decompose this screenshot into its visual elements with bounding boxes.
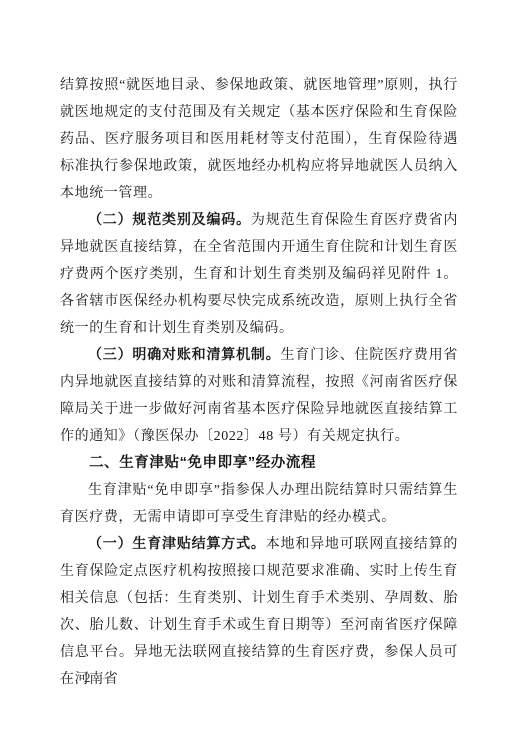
paragraph: 结算按照“就医地目录、参保地政策、就医地管理”原则，执行就医地规定的支付范围及有…	[60, 72, 458, 207]
paragraph-lead: （二）规范类别及编码。	[88, 213, 251, 228]
page-number: —2—	[60, 668, 115, 688]
paragraph-body: 本地和异地可联网直接结算的生育保险定点医疗机构按照接口规范要求准确、实时上传生育…	[60, 537, 458, 687]
page-number-value: 2	[84, 670, 91, 685]
paragraph-body: 结算按照“就医地目录、参保地政策、就医地管理”原则，执行就医地规定的支付范围及有…	[60, 78, 458, 201]
paragraph: 生育津贴“免申即享”指参保人办理出院结算时只需结算生育医疗费，无需申请即可享受生…	[60, 477, 458, 531]
page-body: 结算按照“就医地目录、参保地政策、就医地管理”原则，执行就医地规定的支付范围及有…	[60, 72, 458, 693]
paragraph: （二）规范类别及编码。为规范生育保险生育医疗费省内异地就医直接结算，在全省范围内…	[60, 207, 458, 342]
document-page: 结算按照“就医地目录、参保地政策、就医地管理”原则，执行就医地规定的支付范围及有…	[0, 0, 519, 742]
paragraph-body: 生育津贴“免申即享”指参保人办理出院结算时只需结算生育医疗费，无需申请即可享受生…	[60, 483, 458, 525]
paragraph-lead: （一）生育津贴结算方式。	[88, 537, 266, 552]
paragraph-lead: （三）明确对账和清算机制。	[88, 348, 281, 363]
paragraph: （三）明确对账和清算机制。生育门诊、住院医疗费用省内异地就医直接结算的对账和清算…	[60, 342, 458, 450]
section-heading: 二、生育津贴“免申即享”经办流程	[60, 450, 458, 477]
paragraph: （一）生育津贴结算方式。本地和异地可联网直接结算的生育保险定点医疗机构按照接口规…	[60, 531, 458, 693]
page-number-left-dash: —	[60, 670, 73, 685]
paragraph-body: 为规范生育保险生育医疗费省内异地就医直接结算，在全省范围内开通生育住院和计划生育…	[60, 213, 458, 336]
page-number-right-dash: —	[102, 670, 115, 685]
